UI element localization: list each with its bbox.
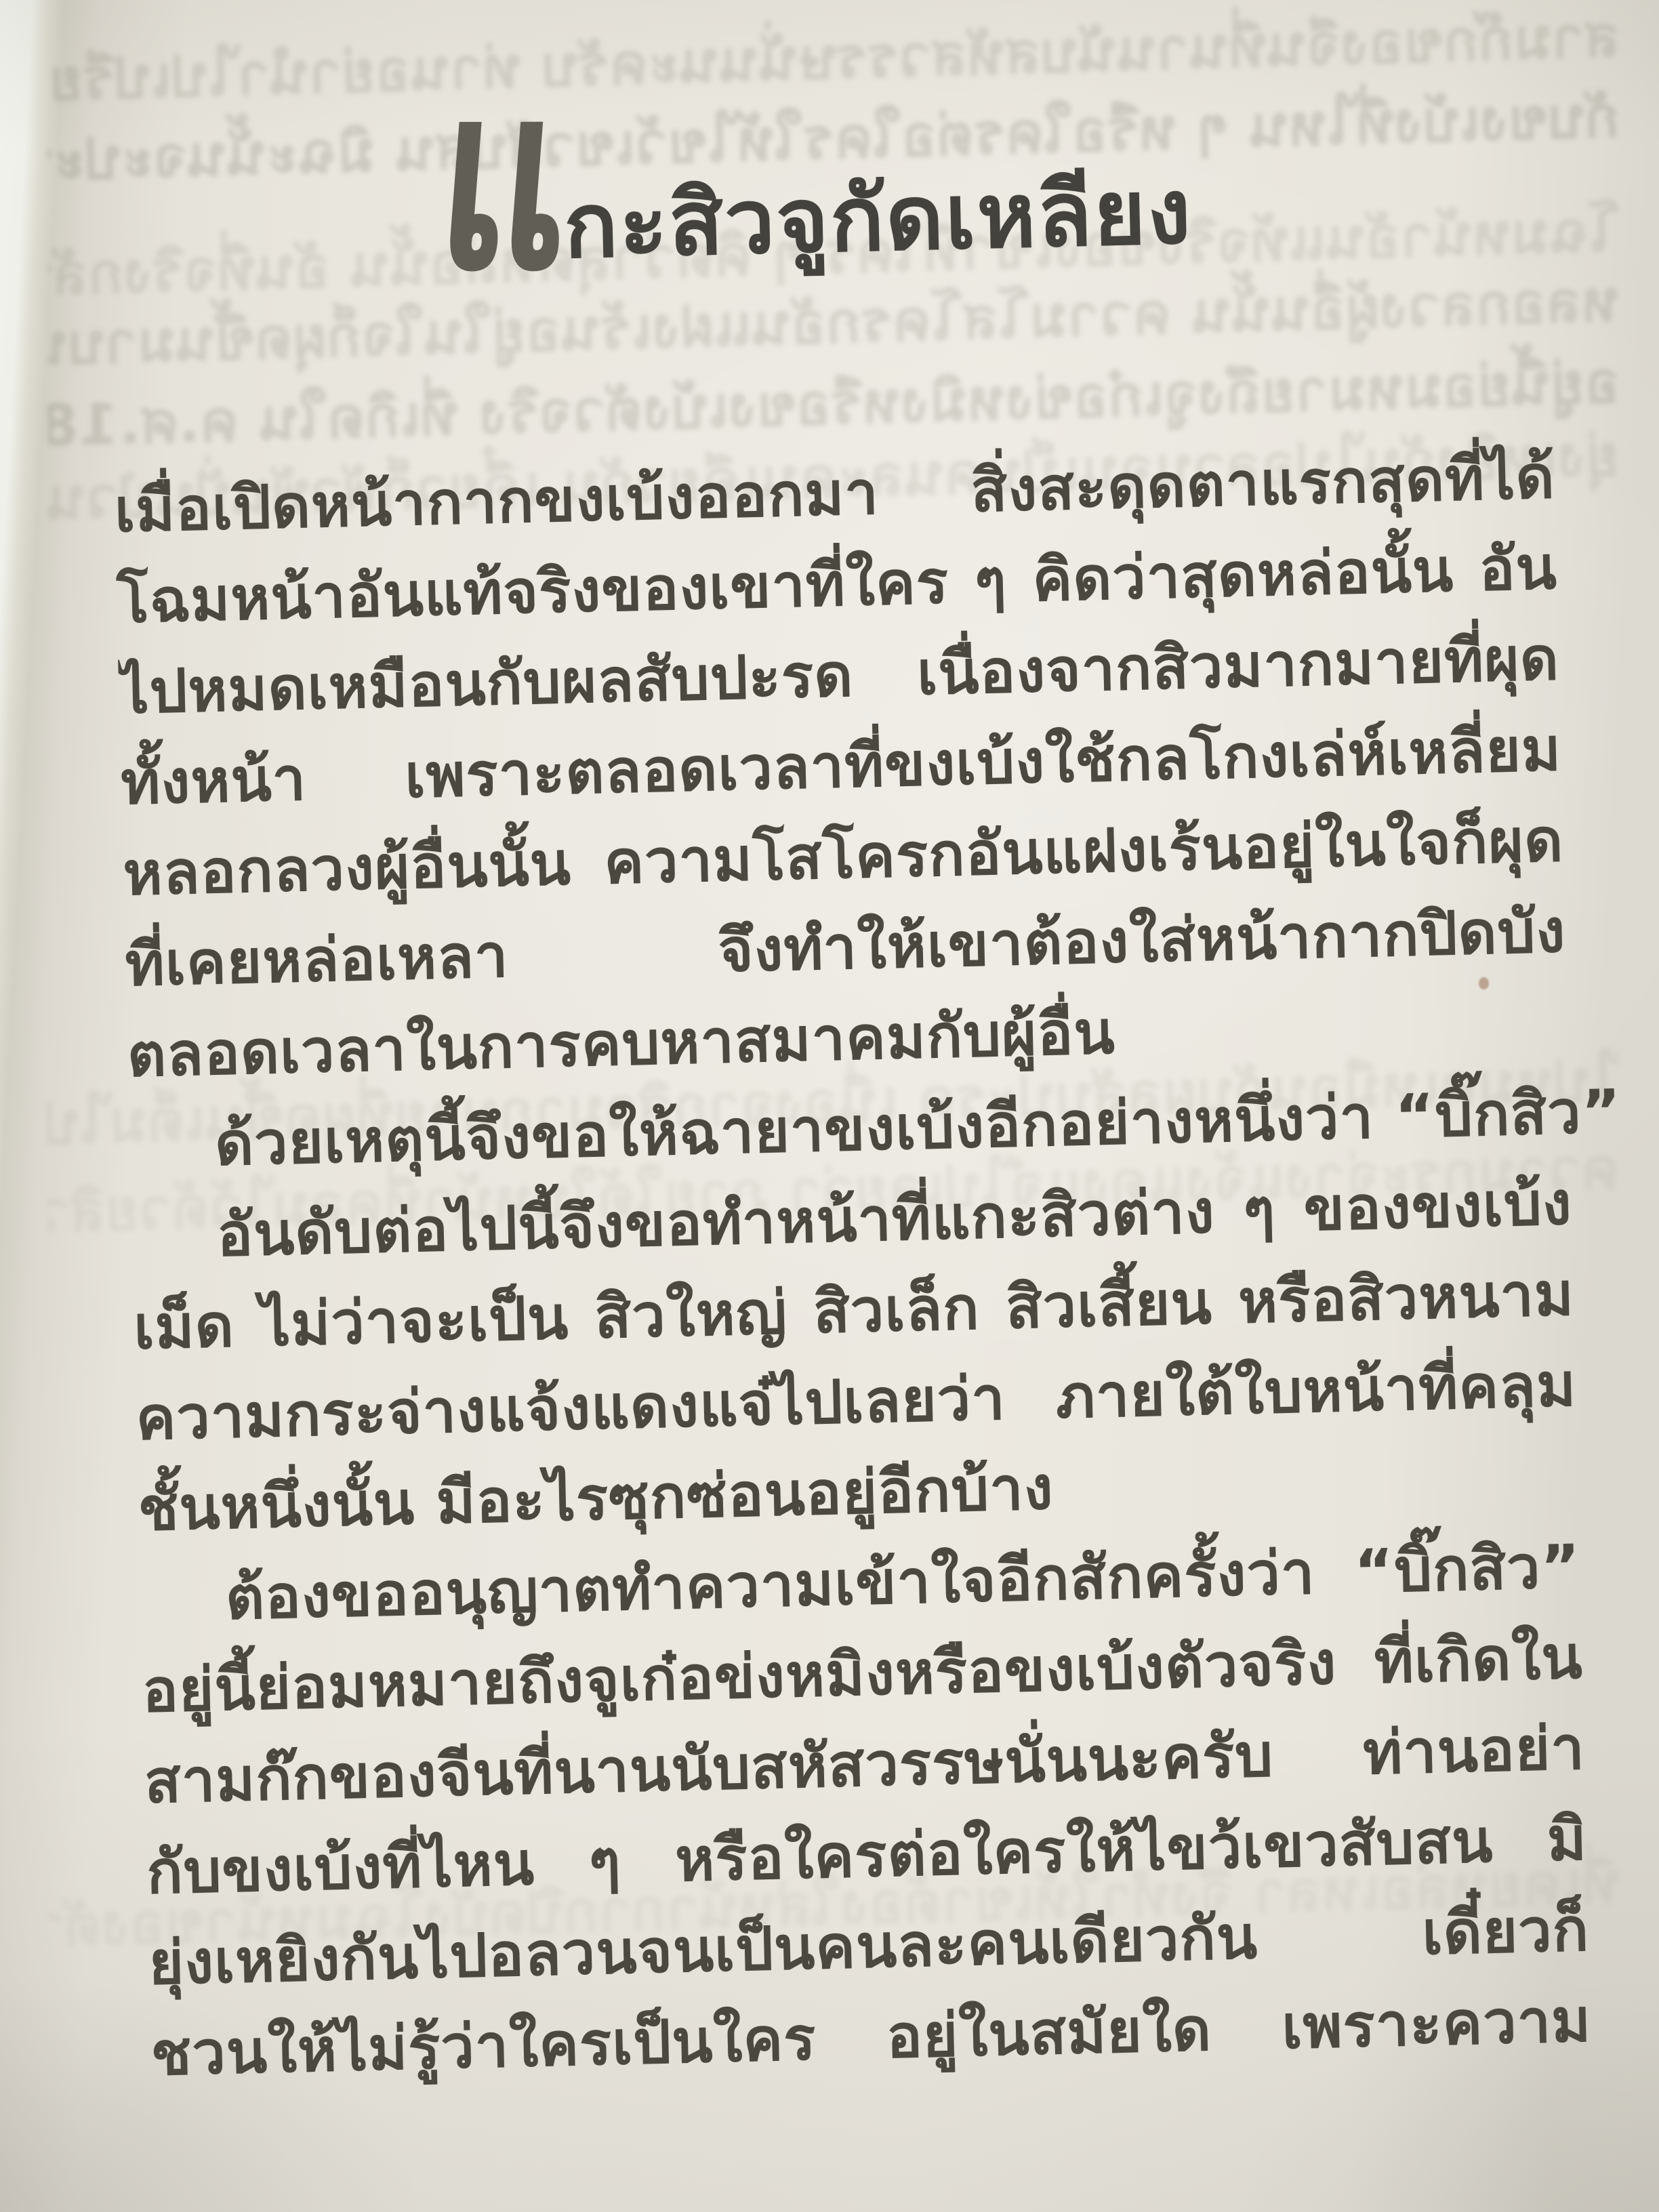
chapter-initial-letter: แ [430, 62, 580, 300]
chapter-title-text: กะสิวจูกัดเหลียง [562, 167, 1193, 271]
paper-speck [1479, 977, 1489, 989]
book-page-photo: สามก๊กของจีนที่นานนับสหัสวรรษนั่นนะครับ … [0, 0, 1659, 2212]
page-content: แ กะสิวจูกัดเหลียง เมื่อเปิดหน้ากากขงเบ้… [0, 0, 1659, 2212]
body-text: เมื่อเปิดหน้ากากขงเบ้งออกมา สิ่งสะดุดตาแ… [113, 432, 1592, 2100]
chapter-title: แ กะสิวจูกัดเหลียง [425, 87, 1193, 300]
